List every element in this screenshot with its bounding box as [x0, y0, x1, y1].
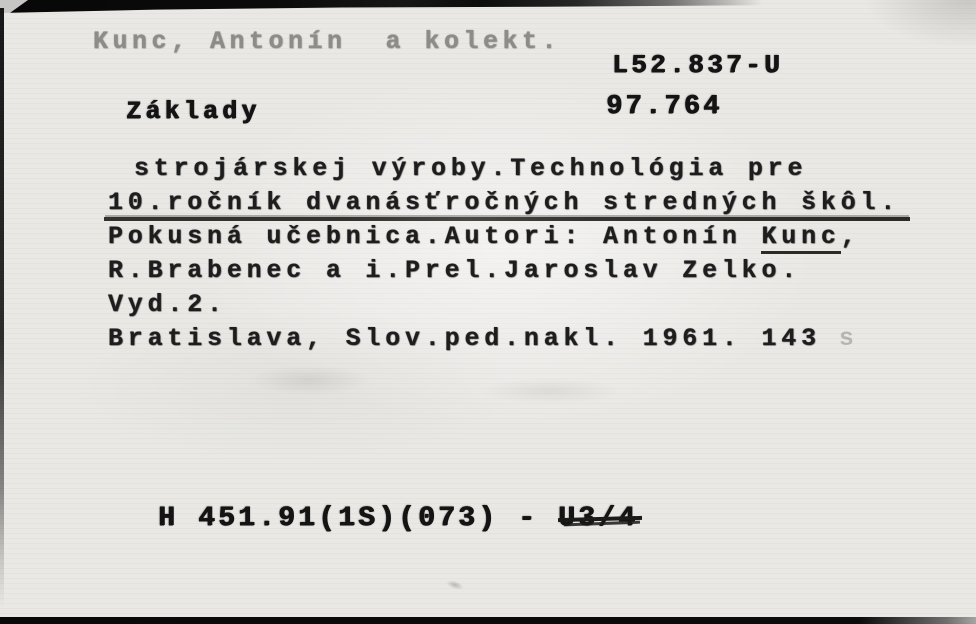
contributors-line: R.Brabenec a i.Prel.Jaroslav Zelko.: [108, 256, 801, 285]
classification-struck-number: 3/4: [578, 503, 638, 534]
note-line-comma: ,: [841, 222, 861, 251]
card-bottom-edge: [0, 617, 976, 624]
imprint-text: Bratislava, Slov.ped.nakl. 1961. 143: [108, 324, 821, 353]
paper-smudge: [480, 378, 620, 404]
paper-smudge: [250, 365, 370, 395]
subtitle-line-1: strojárskej výroby.Technológia pre: [134, 154, 807, 183]
note-line: Pokusná učebnica.Autori: Antonín Kunc,: [108, 222, 861, 251]
card-top-edge: [0, 0, 778, 13]
note-line-text: Pokusná učebnica.Autori: Antonín: [108, 222, 761, 251]
underline-rule: [104, 217, 910, 221]
author-heading: Kunc, Antonín a kolekt.: [93, 27, 561, 56]
card-left-edge: [0, 8, 4, 608]
catalog-card: Kunc, Antonín a kolekt. L52.837-U Základ…: [0, 0, 976, 624]
subtitle-line-2: 10.ročník dvanásťročných stredných škôl.: [108, 188, 900, 217]
shelfmark-number: 97.764: [606, 92, 722, 122]
imprint-line: Bratislava, Slov.ped.nakl. 1961. 143s: [108, 324, 859, 353]
edition-line: Vyd.2.: [108, 290, 227, 319]
classification-line: H 451.91(1S)(073) - U3/4: [158, 503, 638, 534]
shelfmark-top: L52.837-U: [612, 50, 783, 80]
underlined-author-name: Kunc: [761, 222, 840, 254]
paper-smudge: [445, 578, 465, 591]
title-word: Základy: [126, 97, 260, 126]
imprint-faint-character: s: [839, 324, 859, 353]
classification-text: H 451.91(1S)(073) - U: [158, 503, 578, 534]
